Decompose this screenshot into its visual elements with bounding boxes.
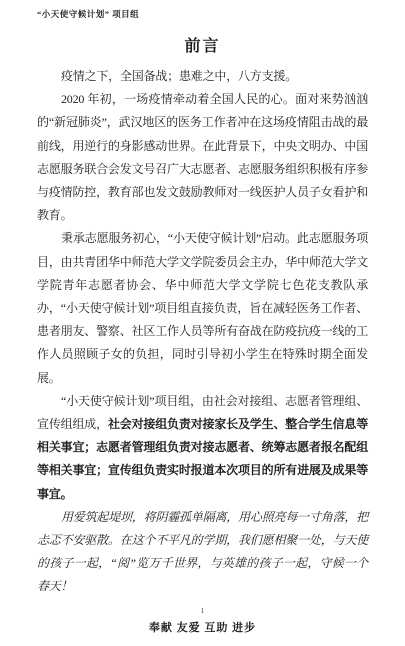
page-title: 前言 — [37, 33, 368, 56]
page-number: 1 — [0, 607, 405, 616]
document-body: 疫情之下，全国备战；患难之中，八方支援。 2020 年初，一场疫情牵动着全国人民… — [37, 65, 368, 599]
paragraph-background: 2020 年初，一场疫情牵动着全国人民的心。面对来势汹汹的“新冠肺炎”，武汉地区… — [37, 88, 368, 227]
paragraph-closing: 用爱筑起堤坝，将阴霾孤单隔离，用心照亮每一寸角落，把忐忑不安驱散。在这个不平凡的… — [37, 506, 368, 599]
paragraph-intro: 疫情之下，全国备战；患难之中，八方支援。 — [37, 65, 368, 88]
document-page: “小天使守候计划” 项目组 前言 疫情之下，全国备战；患难之中，八方支援。 20… — [0, 0, 405, 646]
footer-motto: 奉献 友爱 互助 进步 — [149, 622, 256, 634]
paragraph-project-groups: “小天使守候计划”项目组，由社会对接组、志愿者管理组、宣传组组成，社会对接组负责… — [37, 390, 368, 506]
paragraph-project-launch: 秉承志愿服务初心，“小天使守候计划”启动。此志愿服务项目，由共青团华中师范大学文… — [37, 227, 368, 389]
page-footer: 1 奉献 友爱 互助 进步 — [0, 607, 405, 636]
page-header-project-group: “小天使守候计划” 项目组 — [37, 8, 368, 20]
